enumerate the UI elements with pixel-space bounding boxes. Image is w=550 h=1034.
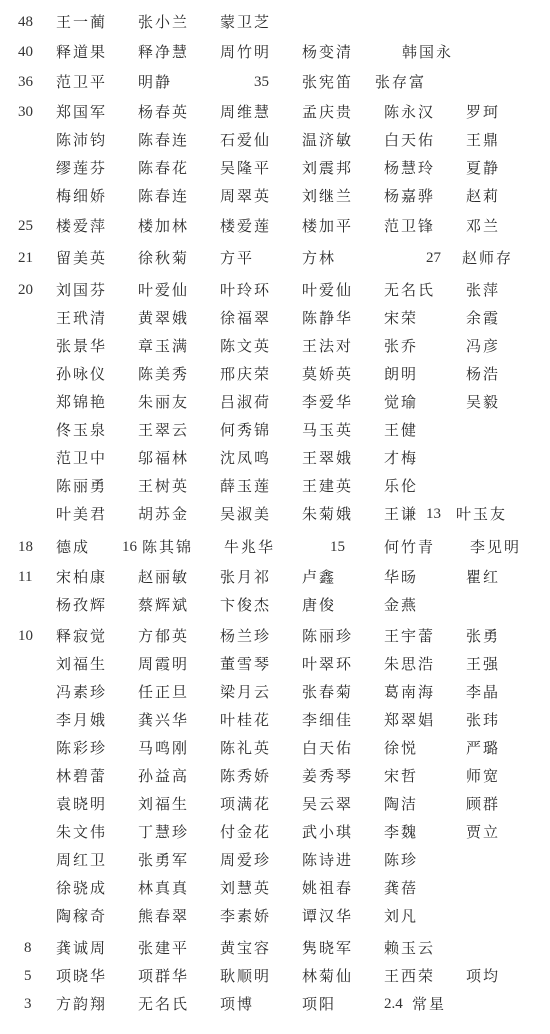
inline-amount: 35 xyxy=(254,70,269,94)
donor-name: 邢庆荣 xyxy=(220,362,271,386)
donor-name: 陶稼奇 xyxy=(56,904,107,928)
donor-name: 谭汉华 xyxy=(302,904,353,928)
donor-name: 马玉英 xyxy=(302,418,353,442)
donor-name: 楼加林 xyxy=(138,214,189,238)
donor-name: 周爱珍 xyxy=(220,848,271,872)
group-amount: 10 xyxy=(18,624,33,648)
donor-name: 唐俊 xyxy=(302,593,336,617)
donor-name: 杨慧玲 xyxy=(384,156,435,180)
donor-name: 郑锦艳 xyxy=(56,390,107,414)
donor-name: 张乔 xyxy=(384,334,418,358)
donor-name: 才梅 xyxy=(384,446,418,470)
name-row: 48王一蔺张小兰蒙卫芝 xyxy=(0,10,550,34)
name-row: 佟玉泉王翠云何秀锦马玉英王健 xyxy=(0,418,550,442)
name-row: 陶稼奇熊春翠李素娇谭汉华刘凡 xyxy=(0,904,550,928)
donor-name: 王西荣 xyxy=(384,964,435,988)
donor-name: 余霞 xyxy=(466,306,500,330)
donor-name: 张勇军 xyxy=(138,848,189,872)
donor-name: 陈沛钧 xyxy=(56,128,107,152)
donor-name: 章玉满 xyxy=(138,334,189,358)
donor-name: 梁月云 xyxy=(220,680,271,704)
donor-name: 范卫平 xyxy=(56,70,107,94)
name-row: 30郑国军杨春英周维慧孟庆贵陈永汉罗珂 xyxy=(0,100,550,124)
donor-name: 李见明 xyxy=(470,535,521,559)
name-row: 40释道果释净慧周竹明杨变清韩国永 xyxy=(0,40,550,64)
donor-name: 孙益高 xyxy=(138,764,189,788)
donor-name: 周维慧 xyxy=(220,100,271,124)
name-row: 杨孜辉蔡辉斌卞俊杰唐俊金燕 xyxy=(0,593,550,617)
name-row: 21留美英徐秋菊方平方林27赵师存 xyxy=(0,246,550,270)
donor-name: 项群华 xyxy=(138,964,189,988)
donor-name: 叶桂花 xyxy=(220,708,271,732)
donor-name: 德成 xyxy=(56,535,90,559)
donor-name: 刘凡 xyxy=(384,904,418,928)
donor-name: 王健 xyxy=(384,418,418,442)
donor-name: 姜秀琴 xyxy=(302,764,353,788)
donor-name: 朗明 xyxy=(384,362,418,386)
donor-name: 无名氏 xyxy=(384,278,435,302)
donor-name: 杨春英 xyxy=(138,100,189,124)
name-row: 3方韵翔无名氏项博项阳2.4常星 xyxy=(0,992,550,1016)
donor-name: 释寂觉 xyxy=(56,624,107,648)
donor-name: 吴毅 xyxy=(466,390,500,414)
name-row: 25楼爱萍楼加林楼爱莲楼加平范卫锋邓兰 xyxy=(0,214,550,238)
donor-name: 周红卫 xyxy=(56,848,107,872)
donor-name: 龚蓓 xyxy=(384,876,418,900)
donor-name: 熊春翠 xyxy=(138,904,189,928)
donor-name: 瞿红 xyxy=(466,565,500,589)
donor-name: 楼爱莲 xyxy=(220,214,271,238)
donor-name: 冯素珍 xyxy=(56,680,107,704)
donor-name: 叶玲环 xyxy=(220,278,271,302)
donor-name: 姚祖春 xyxy=(302,876,353,900)
donor-name: 杨变清 xyxy=(302,40,353,64)
group-amount: 18 xyxy=(18,535,33,559)
donor-name: 林菊仙 xyxy=(302,964,353,988)
donor-name: 薛玉莲 xyxy=(220,474,271,498)
donor-name: 董雪琴 xyxy=(220,652,271,676)
donor-name: 陈美秀 xyxy=(138,362,189,386)
donor-name: 陈礼英 xyxy=(220,736,271,760)
name-row: 陈丽勇王树英薛玉莲王建英乐伦 xyxy=(0,474,550,498)
donor-name: 白天佑 xyxy=(302,736,353,760)
donor-name: 杨兰珍 xyxy=(220,624,271,648)
donor-name: 徐骁成 xyxy=(56,876,107,900)
donor-name: 朱丽友 xyxy=(138,390,189,414)
inline-amount: 15 xyxy=(330,535,345,559)
donor-name: 金燕 xyxy=(384,593,418,617)
donor-name: 赵莉 xyxy=(466,184,500,208)
name-row: 8龚诚周张建平黄宝容隽晓军赖玉云 xyxy=(0,936,550,960)
donor-name: 王翠云 xyxy=(138,418,189,442)
donor-name: 缪莲芬 xyxy=(56,156,107,180)
name-row: 李月娥龚兴华叶桂花李细佳郑翠娼张玮 xyxy=(0,708,550,732)
donor-name: 李细佳 xyxy=(302,708,353,732)
inline-amount: 27 xyxy=(426,246,441,270)
donor-name: 孙咏仪 xyxy=(56,362,107,386)
name-row: 王玳清黄翠娥徐福翠陈静华宋荣余霞 xyxy=(0,306,550,330)
group-amount: 25 xyxy=(18,214,33,238)
inline-amount: 2.4 xyxy=(384,992,403,1016)
donor-name: 韩国永 xyxy=(402,40,453,64)
donor-name: 郑国军 xyxy=(56,100,107,124)
donor-name: 李晶 xyxy=(466,680,500,704)
donor-name: 叶爱仙 xyxy=(302,278,353,302)
donor-name: 吴云翠 xyxy=(302,792,353,816)
donor-name: 张小兰 xyxy=(138,10,189,34)
donor-name: 方郁英 xyxy=(138,624,189,648)
donor-name: 常星 xyxy=(412,992,446,1016)
donor-name: 贾立 xyxy=(466,820,500,844)
group-amount: 3 xyxy=(24,992,32,1016)
name-row: 20刘国芬叶爱仙叶玲环叶爱仙无名氏张萍 xyxy=(0,278,550,302)
donor-name: 蒙卫芝 xyxy=(220,10,271,34)
donor-name: 黄宝容 xyxy=(220,936,271,960)
donor-name: 宋柏康 xyxy=(56,565,107,589)
donor-name: 方韵翔 xyxy=(56,992,107,1016)
donor-name: 周霞明 xyxy=(138,652,189,676)
donor-name: 沈凤鸣 xyxy=(220,446,271,470)
inline-amount: 13 xyxy=(426,502,441,526)
donor-name: 陈诗进 xyxy=(302,848,353,872)
donor-name: 胡苏金 xyxy=(138,502,189,526)
donor-name: 王谦 xyxy=(384,502,418,526)
donor-name: 刘福生 xyxy=(56,652,107,676)
donor-name: 吕淑荷 xyxy=(220,390,271,414)
donor-name: 朱思浩 xyxy=(384,652,435,676)
name-row: 孙咏仪陈美秀邢庆荣莫娇英朗明杨浩 xyxy=(0,362,550,386)
donor-name: 方平 xyxy=(220,246,254,270)
donor-name: 石爱仙 xyxy=(220,128,271,152)
donor-name: 王鼎 xyxy=(466,128,500,152)
donor-name: 叶玉友 xyxy=(456,502,507,526)
donor-name: 张玮 xyxy=(466,708,500,732)
name-row: 朱文伟丁慧珍付金花武小琪李魏贾立 xyxy=(0,820,550,844)
donor-name: 黄翠娥 xyxy=(138,306,189,330)
group-amount: 48 xyxy=(18,10,33,34)
donor-name: 葛南海 xyxy=(384,680,435,704)
donor-name: 张萍 xyxy=(466,278,500,302)
donor-name: 范卫中 xyxy=(56,446,107,470)
donor-name: 周翠英 xyxy=(220,184,271,208)
donor-name: 项均 xyxy=(466,964,500,988)
donor-name: 陈珍 xyxy=(384,848,418,872)
donor-name: 佟玉泉 xyxy=(56,418,107,442)
name-row: 张景华章玉满陈文英王法对张乔冯彦 xyxy=(0,334,550,358)
donor-name: 耿顺明 xyxy=(220,964,271,988)
name-row: 徐骁成林真真刘慧英姚祖春龚蓓 xyxy=(0,876,550,900)
donor-name: 莫娇英 xyxy=(302,362,353,386)
name-row: 刘福生周霞明董雪琴叶翠环朱思浩王强 xyxy=(0,652,550,676)
name-row: 陈沛钧陈春连石爱仙温济敏白天佑王鼎 xyxy=(0,128,550,152)
donor-name: 张存富 xyxy=(375,70,426,94)
donor-name: 留美英 xyxy=(56,246,107,270)
donor-name: 李爱华 xyxy=(302,390,353,414)
donor-name: 华旸 xyxy=(384,565,418,589)
donor-name: 王翠娥 xyxy=(302,446,353,470)
name-row: 陈彩珍马鸣刚陈礼英白天佑徐悦严璐 xyxy=(0,736,550,760)
donor-name: 孟庆贵 xyxy=(302,100,353,124)
donor-name: 朱文伟 xyxy=(56,820,107,844)
donor-name: 张宪笛 xyxy=(302,70,353,94)
donor-name: 宋荣 xyxy=(384,306,418,330)
donor-name: 楼加平 xyxy=(302,214,353,238)
donor-name: 赖玉云 xyxy=(384,936,435,960)
donor-name: 郑翠娼 xyxy=(384,708,435,732)
donor-name: 邓兰 xyxy=(466,214,500,238)
donor-name: 蔡辉斌 xyxy=(138,593,189,617)
name-row: 缪莲芬陈春花吴隆平刘震邦杨慧玲夏静 xyxy=(0,156,550,180)
donor-name: 赵师存 xyxy=(462,246,513,270)
donor-name: 何秀锦 xyxy=(220,418,271,442)
donor-name: 杨孜辉 xyxy=(56,593,107,617)
donor-name: 宋哲 xyxy=(384,764,418,788)
donor-name: 乐伦 xyxy=(384,474,418,498)
name-row: 36范卫平明静35张宪笛张存富 xyxy=(0,70,550,94)
donor-name: 陈丽珍 xyxy=(302,624,353,648)
donor-name: 释净慧 xyxy=(138,40,189,64)
donor-name: 张春菊 xyxy=(302,680,353,704)
inline-amount: 16 xyxy=(122,535,137,559)
donor-name: 徐福翠 xyxy=(220,306,271,330)
donor-name: 吴隆平 xyxy=(220,156,271,180)
donor-name: 楼爱萍 xyxy=(56,214,107,238)
name-row: 梅细娇陈春连周翠英刘继兰杨嘉骅赵莉 xyxy=(0,184,550,208)
donor-name: 周竹明 xyxy=(220,40,271,64)
group-amount: 30 xyxy=(18,100,33,124)
name-row: 10释寂觉方郁英杨兰珍陈丽珍王宇蕾张勇 xyxy=(0,624,550,648)
donor-name: 王一蔺 xyxy=(56,10,107,34)
donor-name: 项阳 xyxy=(302,992,336,1016)
donor-name: 无名氏 xyxy=(138,992,189,1016)
donor-name: 武小琪 xyxy=(302,820,353,844)
donor-name: 卞俊杰 xyxy=(220,593,271,617)
donor-name: 陈春花 xyxy=(138,156,189,180)
donor-name: 张景华 xyxy=(56,334,107,358)
name-row: 郑锦艳朱丽友吕淑荷李爱华觉瑜吴毅 xyxy=(0,390,550,414)
donor-name: 张月祁 xyxy=(220,565,271,589)
donor-name: 李素娇 xyxy=(220,904,271,928)
name-row: 范卫中邬福林沈凤鸣王翠娥才梅 xyxy=(0,446,550,470)
name-row: 叶美君胡苏金吴淑美朱菊娥王谦13叶玉友 xyxy=(0,502,550,526)
donor-name: 陶洁 xyxy=(384,792,418,816)
donor-name: 徐秋菊 xyxy=(138,246,189,270)
donor-name: 项满花 xyxy=(220,792,271,816)
donor-name: 何竹青 xyxy=(384,535,435,559)
donor-name: 林真真 xyxy=(138,876,189,900)
donor-name: 丁慧珍 xyxy=(138,820,189,844)
name-row: 林碧蕾孙益高陈秀娇姜秀琴宋哲师宽 xyxy=(0,764,550,788)
group-amount: 21 xyxy=(18,246,33,270)
donor-name: 刘震邦 xyxy=(302,156,353,180)
group-amount: 11 xyxy=(18,565,32,589)
name-row: 5项晓华项群华耿顺明林菊仙王西荣项均 xyxy=(0,964,550,988)
donor-name: 陈文英 xyxy=(220,334,271,358)
donor-name: 杨嘉骅 xyxy=(384,184,435,208)
donor-name: 张勇 xyxy=(466,624,500,648)
donor-name: 王法对 xyxy=(302,334,353,358)
donor-name: 陈静华 xyxy=(302,306,353,330)
donor-name: 刘福生 xyxy=(138,792,189,816)
donor-name: 卢鑫 xyxy=(302,565,336,589)
donor-name: 任正旦 xyxy=(138,680,189,704)
donor-name: 梅细娇 xyxy=(56,184,107,208)
donor-name: 叶美君 xyxy=(56,502,107,526)
name-row: 11宋柏康赵丽敏张月祁卢鑫华旸瞿红 xyxy=(0,565,550,589)
group-amount: 40 xyxy=(18,40,33,64)
donor-name: 龚兴华 xyxy=(138,708,189,732)
donor-name: 王玳清 xyxy=(56,306,107,330)
donor-name: 袁晓明 xyxy=(56,792,107,816)
donor-name: 明静 xyxy=(138,70,172,94)
donor-name: 付金花 xyxy=(220,820,271,844)
donor-name: 王强 xyxy=(466,652,500,676)
donor-name: 项博 xyxy=(220,992,254,1016)
donor-name: 陈其锦 xyxy=(142,535,193,559)
donor-name: 隽晓军 xyxy=(302,936,353,960)
donor-name: 夏静 xyxy=(466,156,500,180)
name-row: 袁晓明刘福生项满花吴云翠陶洁顾群 xyxy=(0,792,550,816)
donor-name: 刘继兰 xyxy=(302,184,353,208)
donor-name: 杨浩 xyxy=(466,362,500,386)
donor-name: 张建平 xyxy=(138,936,189,960)
donor-name: 龚诚周 xyxy=(56,936,107,960)
donor-name: 陈春连 xyxy=(138,128,189,152)
donor-name: 刘国芬 xyxy=(56,278,107,302)
donor-name: 吴淑美 xyxy=(220,502,271,526)
donor-name: 觉瑜 xyxy=(384,390,418,414)
donor-name: 李月娥 xyxy=(56,708,107,732)
donor-name: 温济敏 xyxy=(302,128,353,152)
name-row: 周红卫张勇军周爱珍陈诗进陈珍 xyxy=(0,848,550,872)
donor-name: 师宽 xyxy=(466,764,500,788)
donor-name: 陈丽勇 xyxy=(56,474,107,498)
donor-name: 徐悦 xyxy=(384,736,418,760)
donor-name: 陈永汉 xyxy=(384,100,435,124)
donor-name: 陈春连 xyxy=(138,184,189,208)
donor-name: 赵丽敏 xyxy=(138,565,189,589)
donor-name: 朱菊娥 xyxy=(302,502,353,526)
donor-name: 马鸣刚 xyxy=(138,736,189,760)
donor-list-page: 48王一蔺张小兰蒙卫芝40释道果释净慧周竹明杨变清韩国永36范卫平明静35张宪笛… xyxy=(0,0,550,1034)
name-row: 18德成16陈其锦牛兆华15何竹青李见明 xyxy=(0,535,550,559)
donor-name: 陈彩珍 xyxy=(56,736,107,760)
donor-name: 叶爱仙 xyxy=(138,278,189,302)
donor-name: 牛兆华 xyxy=(224,535,275,559)
donor-name: 陈秀娇 xyxy=(220,764,271,788)
donor-name: 白天佑 xyxy=(384,128,435,152)
donor-name: 冯彦 xyxy=(466,334,500,358)
donor-name: 王宇蕾 xyxy=(384,624,435,648)
donor-name: 邬福林 xyxy=(138,446,189,470)
donor-name: 罗珂 xyxy=(466,100,500,124)
donor-name: 顾群 xyxy=(466,792,500,816)
name-row: 冯素珍任正旦梁月云张春菊葛南海李晶 xyxy=(0,680,550,704)
group-amount: 36 xyxy=(18,70,33,94)
donor-name: 项晓华 xyxy=(56,964,107,988)
donor-name: 王建英 xyxy=(302,474,353,498)
donor-name: 叶翠环 xyxy=(302,652,353,676)
group-amount: 5 xyxy=(24,964,32,988)
donor-name: 刘慧英 xyxy=(220,876,271,900)
group-amount: 8 xyxy=(24,936,32,960)
donor-name: 范卫锋 xyxy=(384,214,435,238)
donor-name: 释道果 xyxy=(56,40,107,64)
donor-name: 王树英 xyxy=(138,474,189,498)
donor-name: 林碧蕾 xyxy=(56,764,107,788)
donor-name: 严璐 xyxy=(466,736,500,760)
donor-name: 方林 xyxy=(302,246,336,270)
group-amount: 20 xyxy=(18,278,33,302)
donor-name: 李魏 xyxy=(384,820,418,844)
